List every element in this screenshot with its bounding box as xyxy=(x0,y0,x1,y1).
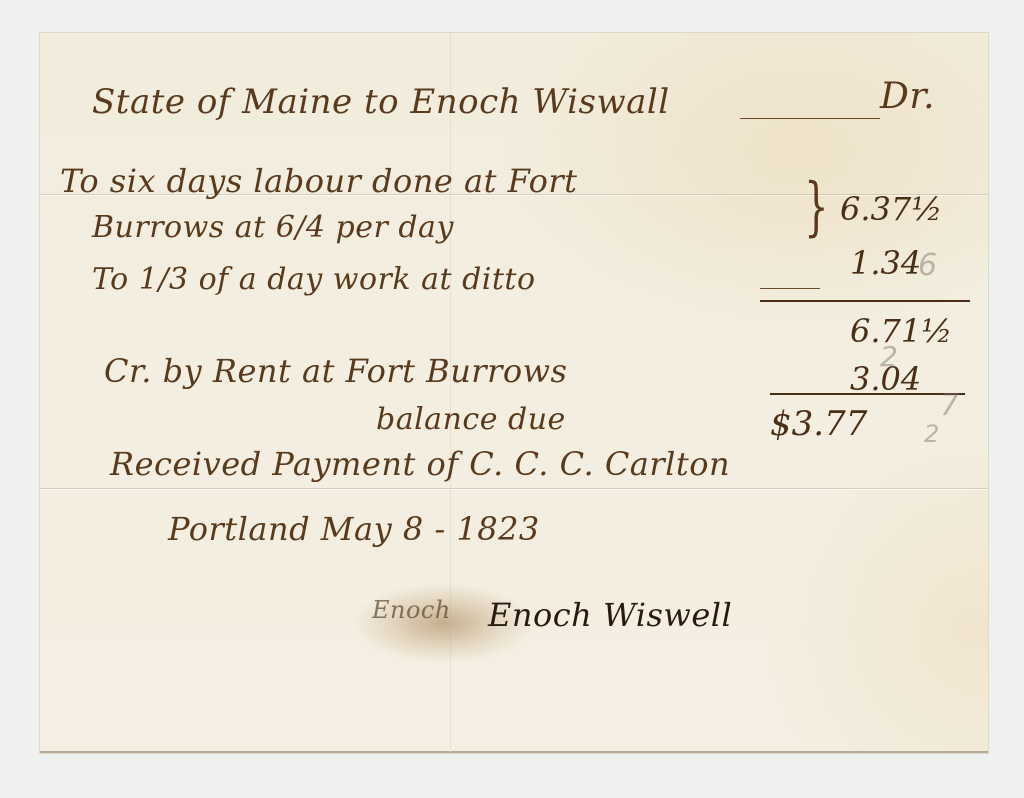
stained-signature-word: Enoch xyxy=(372,596,451,624)
header-title: State of Maine to Enoch Wiswall xyxy=(92,82,670,122)
brace-mark: } xyxy=(804,170,828,244)
entry-1-line-1: To six days labour done at Fort xyxy=(60,162,578,200)
credit-line: Cr. by Rent at Fort Burrows xyxy=(104,352,567,390)
balance-rule xyxy=(770,393,965,395)
entry-2-leader-rule xyxy=(760,288,820,289)
header-rule xyxy=(740,118,880,119)
entry-2-amount: 1.34 xyxy=(850,244,921,282)
balance-label: balance due xyxy=(376,402,566,437)
scan-background: State of Maine to Enoch Wiswall Dr. To s… xyxy=(0,0,1024,798)
pencil-note-2: 2 xyxy=(880,340,898,373)
debit-mark: Dr. xyxy=(880,76,935,117)
entry-1-line-2: Burrows at 6/4 per day xyxy=(92,210,454,245)
subtotal-rule xyxy=(760,300,970,302)
balance-amount: $3.77 xyxy=(770,404,867,444)
pencil-note-1: 6 xyxy=(918,248,937,283)
subtotal-amount: 6.71½ xyxy=(850,312,952,350)
entry-1-amount: 6.37½ xyxy=(840,190,942,228)
pencil-note-3: 7 xyxy=(940,388,959,423)
received-payment-line: Received Payment of C. C. C. Carlton xyxy=(110,445,730,483)
entry-2-line-1: To 1/3 of a day work at ditto xyxy=(92,262,536,297)
signature: Enoch Wiswell xyxy=(488,596,732,634)
pencil-note-4: 2 xyxy=(924,420,939,448)
fold-line-lower xyxy=(40,488,988,489)
fold-line-vertical xyxy=(450,33,451,751)
place-date-line: Portland May 8 - 1823 xyxy=(168,510,540,548)
